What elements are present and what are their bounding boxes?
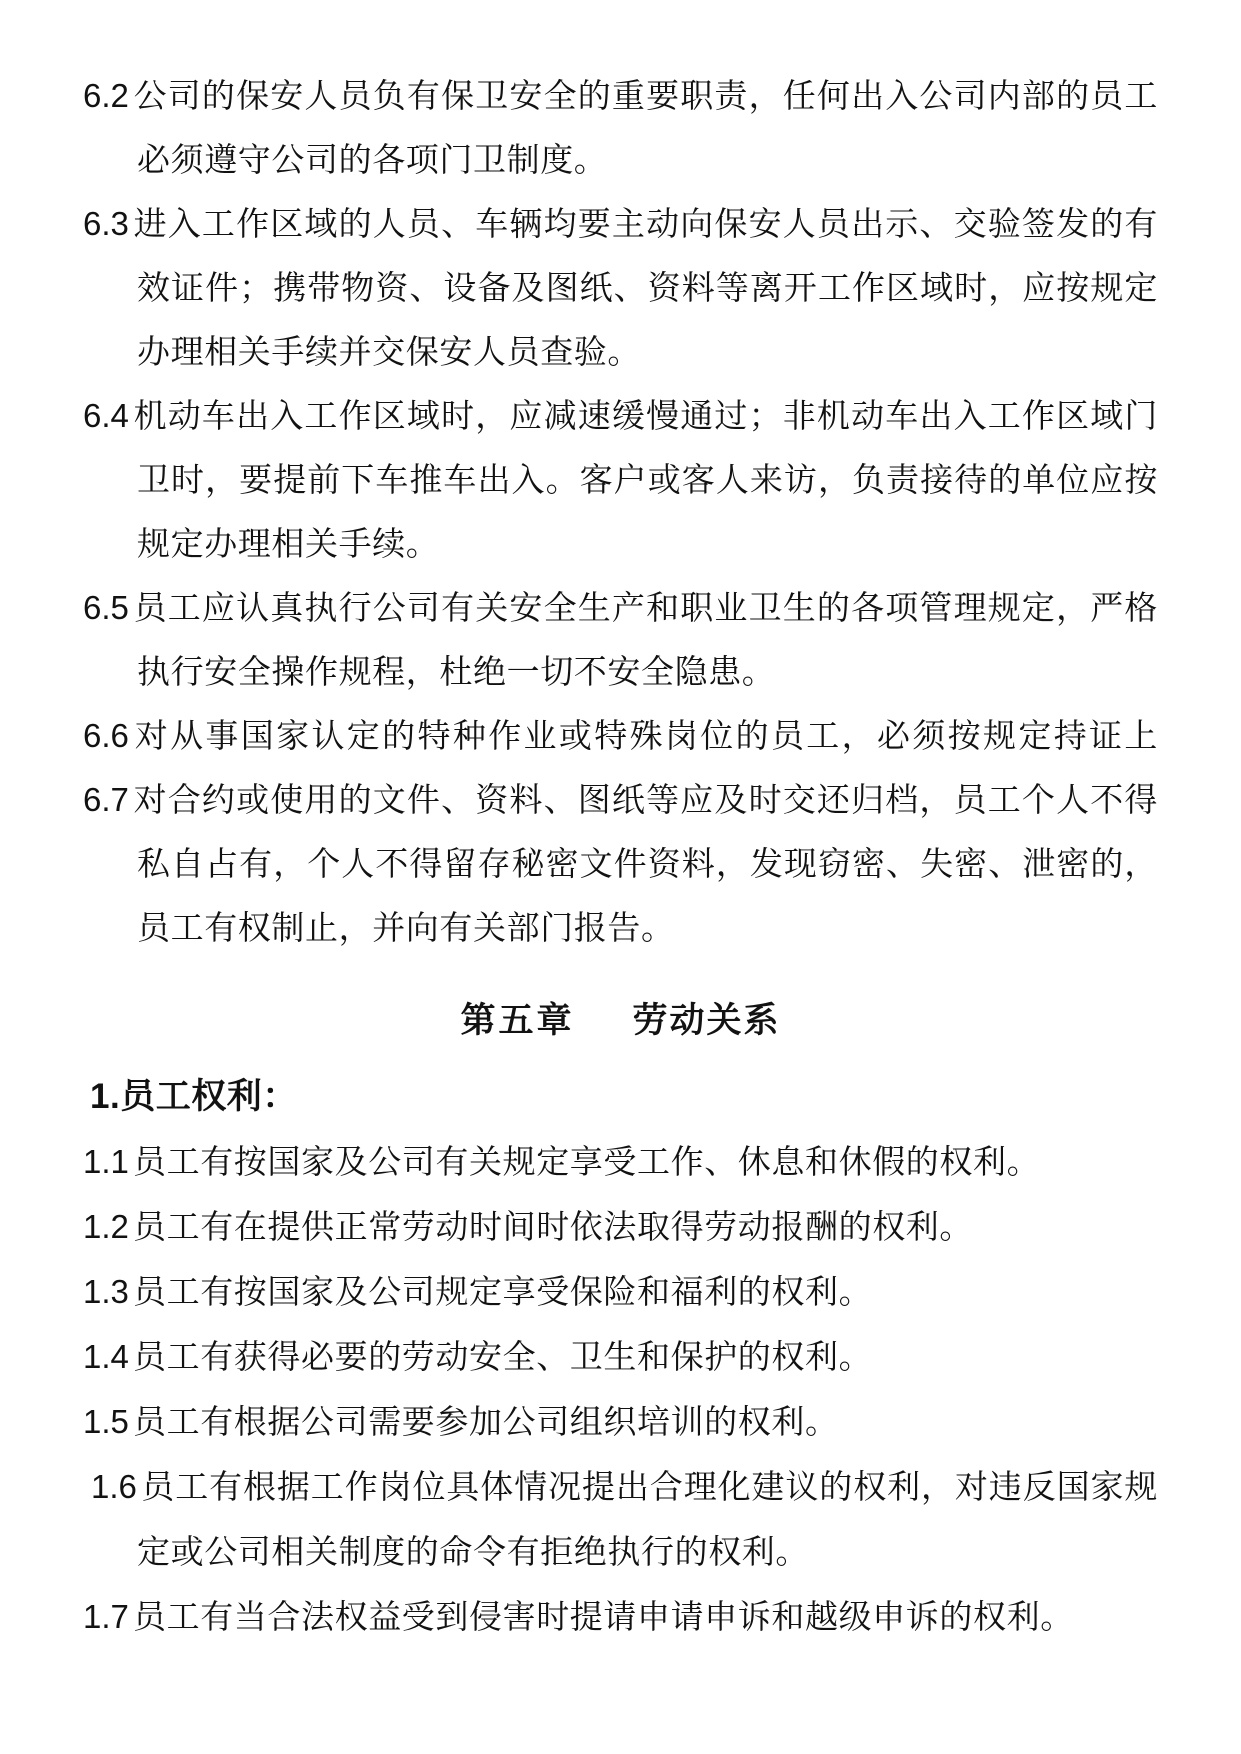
section-employee-rights: 1.员工权利： 1.1员工有按国家及公司有关规定享受工作、休息和休假的权利。 1… [83,1065,1158,1649]
item-number: 1.3 [83,1259,133,1324]
rule-line: 规定办理相关手续。 [83,512,1158,576]
document-body: 6.2公司的保安人员负有保卫安全的重要职责，任何出入公司内部的员工 必须遵守公司… [83,64,1158,1649]
item-number: 1.6 [91,1454,141,1519]
item-text: 员工有按国家及公司有关规定享受工作、休息和休假的权利。 [133,1143,1040,1180]
item-number: 1.7 [83,1584,133,1649]
rule-line: 办理相关手续并交保安人员查验。 [83,320,1158,384]
rule-item-6-5: 6.5员工应认真执行公司有关安全生产和职业卫生的各项管理规定，严格 执行安全操作… [83,576,1158,704]
rule-line: 6.6对从事国家认定的特种作业或特殊岗位的员工，必须按规定持证上岗。 [83,704,1158,768]
rule-line: 私自占有，个人不得留存秘密文件资料，发现窃密、失密、泄密的， [83,832,1158,896]
rule-line: 1.6员工有根据工作岗位具体情况提出合理化建议的权利，对违反国家规 [83,1454,1158,1519]
rule-line: 1.5员工有根据公司需要参加公司组织培训的权利。 [83,1389,1158,1454]
rule-line: 6.7对合约或使用的文件、资料、图纸等应及时交还归档，员工个人不得 [83,768,1158,832]
right-item-1-1: 1.1员工有按国家及公司有关规定享受工作、休息和休假的权利。 [83,1129,1158,1194]
rule-line: 6.5员工应认真执行公司有关安全生产和职业卫生的各项管理规定，严格 [83,576,1158,640]
rule-line: 员工有权制止，并向有关部门报告。 [83,896,1158,960]
rule-line: 效证件；携带物资、设备及图纸、资料等离开工作区域时，应按规定 [83,256,1158,320]
rule-item-6-2: 6.2公司的保安人员负有保卫安全的重要职责，任何出入公司内部的员工 必须遵守公司… [83,64,1158,192]
item-number: 6.7 [83,768,133,832]
rule-item-6-6: 6.6对从事国家认定的特种作业或特殊岗位的员工，必须按规定持证上岗。 [83,704,1158,768]
item-text: 员工应认真执行公司有关安全生产和职业卫生的各项管理规定，严格 [133,589,1158,626]
right-item-1-2: 1.2员工有在提供正常劳动时间时依法取得劳动报酬的权利。 [83,1194,1158,1259]
item-text: 员工有按国家及公司规定享受保险和福利的权利。 [133,1273,872,1310]
item-text: 员工有获得必要的劳动安全、卫生和保护的权利。 [133,1338,872,1375]
rule-line: 卫时，要提前下车推车出入。客户或客人来访，负责接待的单位应按 [83,448,1158,512]
chapter-number: 第五章 [460,1001,574,1040]
rule-line: 必须遵守公司的各项门卫制度。 [83,128,1158,192]
rule-line: 1.4员工有获得必要的劳动安全、卫生和保护的权利。 [83,1324,1158,1389]
right-item-1-5: 1.5员工有根据公司需要参加公司组织培训的权利。 [83,1389,1158,1454]
right-item-1-7: 1.7员工有当合法权益受到侵害时提请申请申诉和越级申诉的权利。 [83,1584,1158,1649]
rule-item-6-3: 6.3进入工作区域的人员、车辆均要主动向保安人员出示、交验签发的有 效证件；携带… [83,192,1158,384]
rule-line: 1.3员工有按国家及公司规定享受保险和福利的权利。 [83,1259,1158,1324]
rule-line: 1.1员工有按国家及公司有关规定享受工作、休息和休假的权利。 [83,1129,1158,1194]
chapter-heading: 第五章劳动关系 [83,989,1158,1053]
section-subheading: 1.员工权利： [83,1065,1158,1129]
item-text: 公司的保安人员负有保卫安全的重要职责，任何出入公司内部的员工 [133,77,1158,114]
item-number: 6.2 [83,64,133,128]
item-text: 对从事国家认定的特种作业或特殊岗位的员工，必须按规定持证上岗。 [83,717,1158,768]
item-text: 机动车出入工作区域时，应减速缓慢通过；非机动车出入工作区域门 [133,397,1158,434]
item-number: 6.3 [83,192,133,256]
right-item-1-4: 1.4员工有获得必要的劳动安全、卫生和保护的权利。 [83,1324,1158,1389]
rule-item-6-7: 6.7对合约或使用的文件、资料、图纸等应及时交还归档，员工个人不得 私自占有，个… [83,768,1158,960]
item-text: 对合约或使用的文件、资料、图纸等应及时交还归档，员工个人不得 [133,781,1158,818]
item-number: 1.2 [83,1194,133,1259]
item-text: 员工有在提供正常劳动时间时依法取得劳动报酬的权利。 [133,1208,973,1245]
right-item-1-3: 1.3员工有按国家及公司规定享受保险和福利的权利。 [83,1259,1158,1324]
item-number: 6.6 [83,704,133,768]
right-item-1-6: 1.6员工有根据工作岗位具体情况提出合理化建议的权利，对违反国家规 定或公司相关… [83,1454,1158,1584]
item-text: 进入工作区域的人员、车辆均要主动向保安人员出示、交验签发的有 [133,205,1158,242]
item-number: 6.4 [83,384,133,448]
rule-line: 1.7员工有当合法权益受到侵害时提请申请申诉和越级申诉的权利。 [83,1584,1158,1649]
rule-line: 执行安全操作规程，杜绝一切不安全隐患。 [83,640,1158,704]
rule-item-6-4: 6.4机动车出入工作区域时，应减速缓慢通过；非机动车出入工作区域门 卫时，要提前… [83,384,1158,576]
item-number: 1.4 [83,1324,133,1389]
document-page: 6.2公司的保安人员负有保卫安全的重要职责，任何出入公司内部的员工 必须遵守公司… [0,0,1241,1754]
rule-line: 1.2员工有在提供正常劳动时间时依法取得劳动报酬的权利。 [83,1194,1158,1259]
item-text: 员工有当合法权益受到侵害时提请申请申诉和越级申诉的权利。 [133,1598,1074,1635]
rule-line: 6.2公司的保安人员负有保卫安全的重要职责，任何出入公司内部的员工 [83,64,1158,128]
rule-line: 6.4机动车出入工作区域时，应减速缓慢通过；非机动车出入工作区域门 [83,384,1158,448]
item-number: 6.5 [83,576,133,640]
item-number: 1.1 [83,1129,133,1194]
chapter-title: 劳动关系 [633,1001,781,1040]
rule-line: 定或公司相关制度的命令有拒绝执行的权利。 [83,1519,1158,1584]
item-text: 员工有根据工作岗位具体情况提出合理化建议的权利，对违反国家规 [141,1468,1158,1505]
item-number: 1.5 [83,1389,133,1454]
rule-line: 6.3进入工作区域的人员、车辆均要主动向保安人员出示、交验签发的有 [83,192,1158,256]
item-text: 员工有根据公司需要参加公司组织培训的权利。 [133,1403,839,1440]
